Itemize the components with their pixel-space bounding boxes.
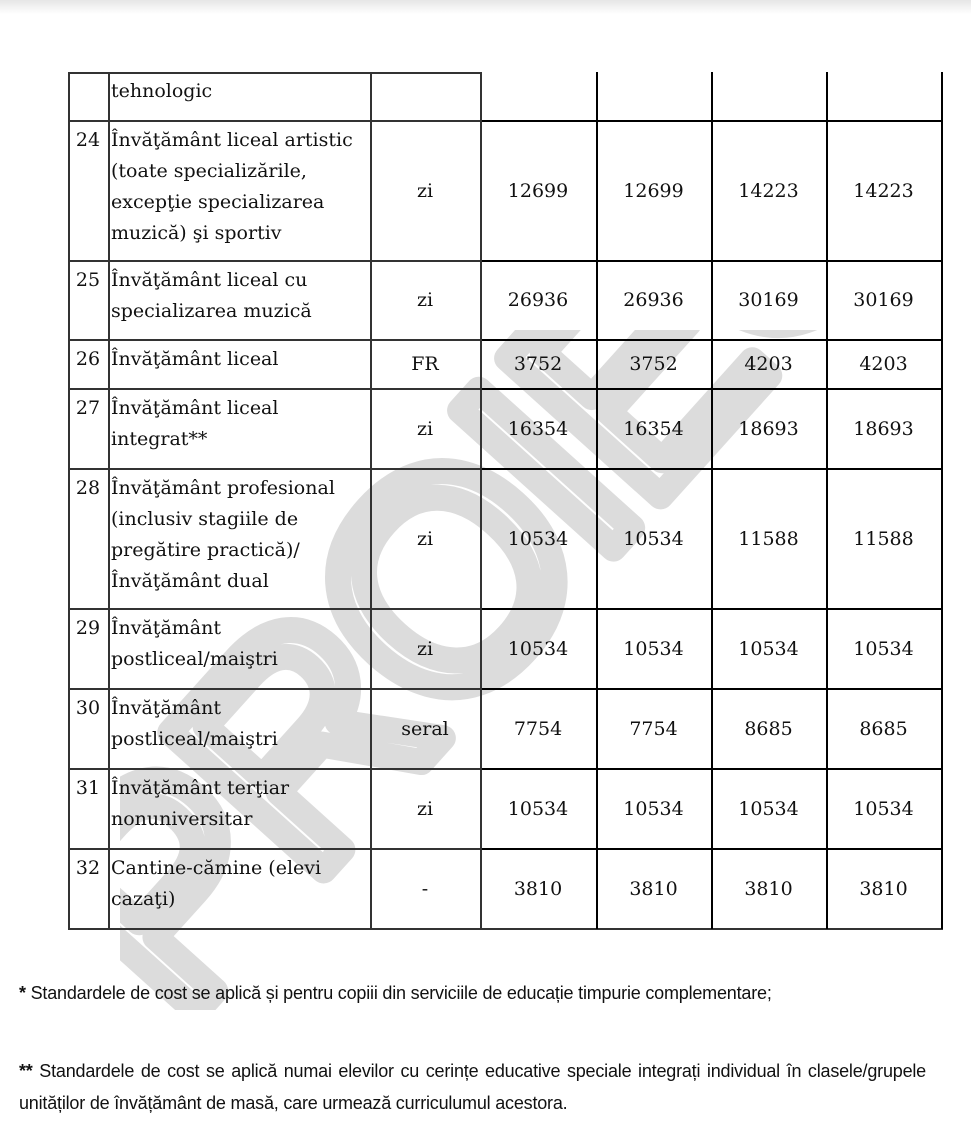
row-education-form [370,72,480,121]
row-value-4: 4203 [826,340,941,389]
table-border [480,72,482,929]
table-border [68,848,480,850]
row-value-1: 12699 [480,121,596,261]
table-border [68,72,70,929]
table-border [68,388,480,390]
row-value-4: 14223 [826,121,941,261]
row-description: Învăţământ liceal [108,340,370,389]
row-value-3: 4203 [711,340,826,389]
row-description: Învăţământ postliceal/maiştri [108,689,370,769]
row-value-1: 26936 [480,261,596,340]
cost-standards-table: tehnologic24Învăţământ liceal artistic (… [0,0,971,940]
row-value-4: 11588 [826,469,941,609]
row-value-2: 10534 [596,769,711,849]
row-number: 26 [68,340,108,389]
row-value-2: 10534 [596,469,711,609]
table-border [941,72,943,929]
row-description: tehnologic [108,72,370,121]
row-value-1: 7754 [480,689,596,769]
row-value-1: 3810 [480,849,596,929]
row-value-4 [826,72,941,121]
row-education-form: zi [370,389,480,469]
row-value-1: 10534 [480,469,596,609]
table-border [826,72,828,929]
row-value-3: 10534 [711,609,826,689]
row-value-2 [596,72,711,121]
table-border [68,768,480,770]
table-border [711,72,713,929]
row-value-2: 26936 [596,261,711,340]
row-value-3: 8685 [711,689,826,769]
row-value-4: 18693 [826,389,941,469]
row-value-2: 3810 [596,849,711,929]
row-value-2: 16354 [596,389,711,469]
row-description: Învăţământ postliceal/maiştri [108,609,370,689]
row-value-1: 3752 [480,340,596,389]
row-number: 32 [68,849,108,929]
row-value-2: 7754 [596,689,711,769]
row-value-3: 18693 [711,389,826,469]
row-value-2: 10534 [596,609,711,689]
row-number: 30 [68,689,108,769]
row-description: Învăţământ liceal cu specializarea muzic… [108,261,370,340]
row-education-form: zi [370,121,480,261]
row-education-form: zi [370,769,480,849]
row-value-3: 30169 [711,261,826,340]
row-value-3: 10534 [711,769,826,849]
row-value-4: 8685 [826,689,941,769]
table-border [596,72,598,929]
table-border [68,928,943,930]
table-border [68,120,480,122]
row-description: Învăţământ liceal artistic (toate specia… [108,121,370,261]
row-number: 24 [68,121,108,261]
row-value-3: 11588 [711,469,826,609]
row-value-1 [480,72,596,121]
row-number: 25 [68,261,108,340]
row-value-4: 3810 [826,849,941,929]
row-value-3 [711,72,826,121]
row-education-form: zi [370,469,480,609]
footnote-2-text: Standardele de cost se aplică numai elev… [19,1061,926,1113]
row-education-form: zi [370,261,480,340]
row-description: Învăţământ liceal integrat** [108,389,370,469]
table-border [68,339,480,341]
row-value-1: 10534 [480,609,596,689]
footnote-1: * Standardele de cost se aplică și pentr… [19,977,926,1009]
table-border [68,72,482,74]
row-value-3: 14223 [711,121,826,261]
row-education-form: zi [370,609,480,689]
row-value-3: 3810 [711,849,826,929]
footnote-2: ** Standardele de cost se aplică numai e… [19,1055,926,1119]
footnote-1-text: Standardele de cost se aplică și pentru … [26,983,772,1003]
table-border [68,260,480,262]
table-border [108,72,110,929]
row-number: 27 [68,389,108,469]
row-number: 29 [68,609,108,689]
row-value-4: 10534 [826,769,941,849]
row-description: Învăţământ profesional (inclusiv stagiil… [108,469,370,609]
row-description: Învăţământ terţiar nonuniversitar [108,769,370,849]
table-border [68,688,480,690]
row-education-form: seral [370,689,480,769]
row-education-form: - [370,849,480,929]
row-description: Cantine-cămine (elevi cazaţi) [108,849,370,929]
row-value-1: 16354 [480,389,596,469]
row-value-2: 3752 [596,340,711,389]
row-value-4: 10534 [826,609,941,689]
table-border [370,72,372,929]
footnote-2-mark: ** [19,1061,33,1081]
row-value-4: 30169 [826,261,941,340]
footnote-1-mark: * [19,983,26,1003]
row-education-form: FR [370,340,480,389]
row-number [68,72,108,121]
row-number: 28 [68,469,108,609]
table-border [68,608,480,610]
row-value-1: 10534 [480,769,596,849]
row-value-2: 12699 [596,121,711,261]
table-border [68,468,480,470]
row-number: 31 [68,769,108,849]
